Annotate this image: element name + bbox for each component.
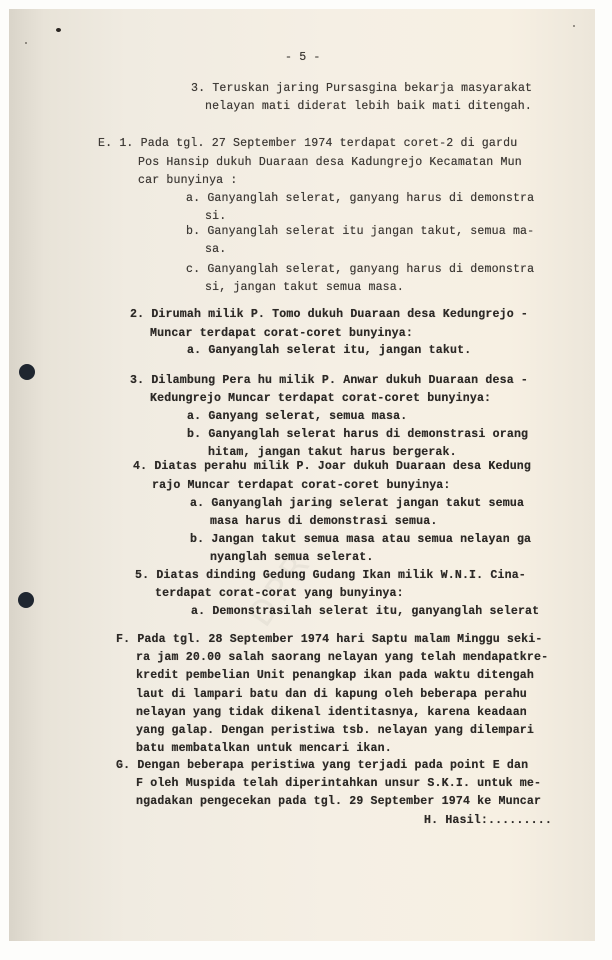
- text-line: b. Ganyanglah selerat itu jangan takut, …: [186, 225, 534, 238]
- text-line: a. Ganyanglah jaring selerat jangan taku…: [190, 497, 524, 510]
- text-line: si.: [205, 210, 226, 223]
- text-line: nyanglah semua selerat.: [210, 551, 373, 564]
- text-line: E. 1. Pada tgl. 27 September 1974 terdap…: [98, 137, 517, 150]
- punch-hole-bottom: [18, 592, 34, 608]
- ink-speck: [25, 42, 27, 44]
- text-line: yang galap. Dengan peristiwa tsb. nelaya…: [136, 724, 534, 737]
- text-line: sa.: [205, 243, 226, 256]
- text-line: ra jam 20.00 salah saorang nelayan yang …: [136, 651, 548, 664]
- text-line: rajo Muncar terdapat corat-coret bunyiny…: [152, 479, 451, 492]
- text-line: Pos Hansip dukuh Duaraan desa Kadungrejo…: [138, 156, 522, 169]
- text-line: c. Ganyanglah selerat, ganyang harus di …: [186, 263, 534, 276]
- text-line: F. Pada tgl. 28 September 1974 hari Sapt…: [116, 633, 542, 646]
- text-line: masa harus di demonstrasi semua.: [210, 515, 437, 528]
- document-page: DPR - 5 - 3. Teruskan jaring Pursasgina …: [9, 9, 595, 941]
- text-line: 5. Diatas dinding Gedung Gudang Ikan mil…: [135, 569, 526, 582]
- text-line: b. Jangan takut semua masa atau semua ne…: [190, 533, 531, 546]
- text-line: terdapat corat-corat yang bunyinya:: [155, 587, 404, 600]
- text-line: kredit pembelian Unit penangkap ikan pad…: [136, 669, 534, 682]
- text-line: b. Ganyanglah selerat harus di demonstra…: [187, 428, 528, 441]
- text-line: 2. Dirumah milik P. Tomo dukuh Duaraan d…: [130, 308, 528, 321]
- text-line: a. Ganyanglah selerat itu, jangan takut.: [187, 344, 471, 357]
- ink-speck: [56, 28, 61, 32]
- text-line: batu membatalkan untuk mencari ikan.: [136, 742, 392, 755]
- ink-speck: [573, 25, 575, 27]
- text-line: laut di lampari batu dan di kapung oleh …: [136, 688, 527, 701]
- text-line: 4. Diatas perahu milik P. Joar dukuh Dua…: [133, 460, 531, 473]
- page-number: - 5 -: [285, 51, 321, 64]
- text-line: F oleh Muspida telah diperintahkan unsur…: [136, 777, 541, 790]
- text-line: car bunyinya :: [138, 174, 238, 187]
- text-line: 3. Teruskan jaring Pursasgina bekarja ma…: [191, 82, 532, 95]
- text-line: si, jangan takut semua masa.: [205, 281, 404, 294]
- text-line: H. Hasil:.........: [424, 814, 552, 827]
- text-line: a. Ganyanglah selerat, ganyang harus di …: [186, 192, 534, 205]
- text-line: ngadakan pengecekan pada tgl. 29 Septemb…: [136, 795, 541, 808]
- text-line: a. Ganyang selerat, semua masa.: [187, 410, 407, 423]
- text-line: hitam, jangan takut harus bergerak.: [208, 446, 457, 459]
- text-line: nelayan yang tidak dikenal identitasnya,…: [136, 706, 527, 719]
- text-line: G. Dengan beberapa peristiwa yang terjad…: [116, 759, 528, 772]
- text-line: Muncar terdapat corat-coret bunyinya:: [150, 327, 413, 340]
- text-line: Kedungrejo Muncar terdapat corat-coret b…: [150, 392, 491, 405]
- text-line: 3. Dilambung Pera hu milik P. Anwar duku…: [130, 374, 528, 387]
- text-line: nelayan mati diderat lebih baik mati dit…: [205, 100, 532, 113]
- text-line: a. Demonstrasilah selerat itu, ganyangla…: [191, 605, 539, 618]
- punch-hole-top: [19, 364, 35, 380]
